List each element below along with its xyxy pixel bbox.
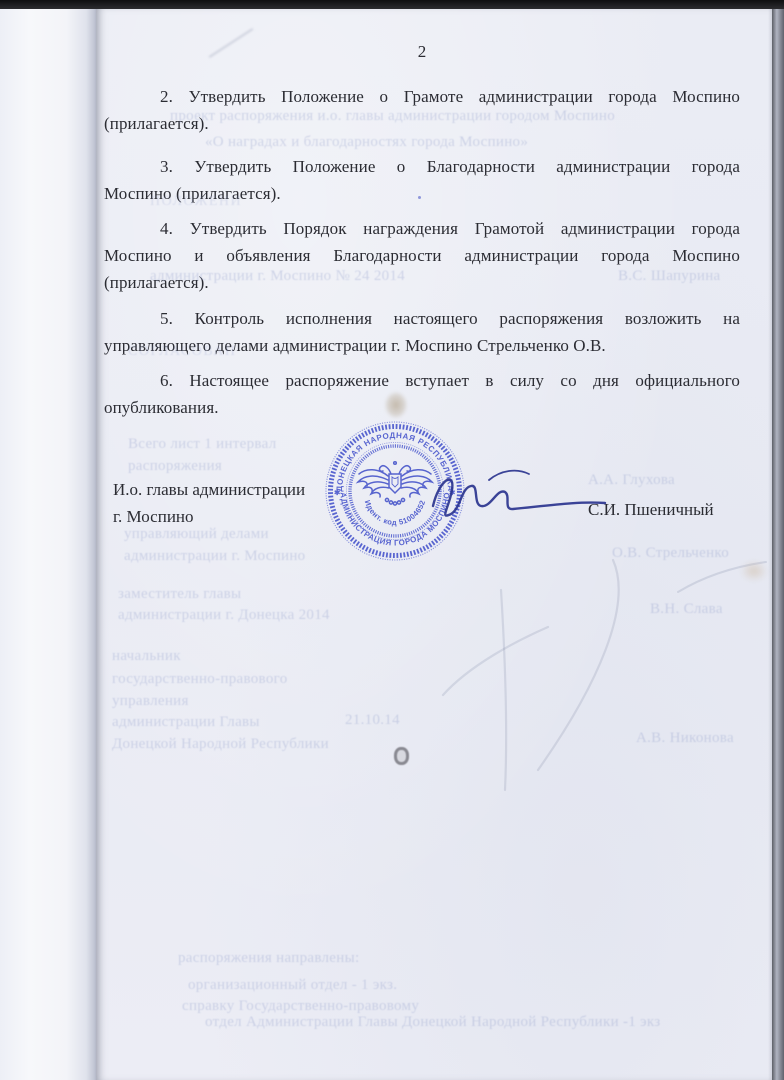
- bleed-line: начальник: [112, 648, 181, 665]
- bleed-line: 21.10.14: [345, 712, 400, 729]
- bleed-line: заместитель главы: [118, 586, 241, 603]
- bleed-line: В.С. Шапурина: [618, 268, 721, 285]
- paper-stain: [740, 560, 768, 582]
- signoff-position-line1: И.о. главы администрации: [113, 476, 305, 503]
- bleed-line: администрации г. Донецка 2014: [118, 607, 330, 624]
- bleed-line: Донецкой Народной Республики: [112, 736, 329, 753]
- bleed-line: А.В. Никонова: [636, 730, 734, 747]
- bleed-line: организационный отдел - 1 экз.: [188, 977, 397, 994]
- page-number: 2: [104, 42, 740, 62]
- bleed-line: государственно-правового: [112, 671, 288, 688]
- bleed-line: распоряжения: [128, 458, 222, 475]
- bleed-line: О.В. Стрельченко: [612, 545, 729, 562]
- bleed-line: Всего лист 1 интервал: [128, 436, 277, 453]
- text-line: Моспино и объявления Благодарности админ…: [104, 242, 740, 269]
- bleed-line: ПОЛОЖЕНИ: [150, 194, 242, 210]
- bleed-line: распоряжения направлены:: [178, 950, 359, 967]
- stamp-star-left: ✱: [334, 488, 341, 497]
- scanner-background-strip: [0, 0, 784, 9]
- bleed-line: СОГЛАСОВАН: [128, 344, 237, 360]
- bleed-line: справку Государственно-правовому: [182, 998, 419, 1015]
- bleed-line: управляющий делами: [124, 526, 269, 543]
- paper-stain: [385, 392, 407, 418]
- ink-blot: [394, 747, 409, 765]
- bleed-line: администрации г. Моспино № 24 2014: [150, 268, 405, 285]
- pencil-impression-marks: [388, 545, 638, 800]
- bleed-line: отдел Администрации Главы Донецкой Народ…: [205, 1014, 660, 1031]
- signoff-position: И.о. главы администрации г. Моспино: [113, 476, 305, 530]
- bleed-line: В.Н. Слава: [650, 601, 723, 618]
- text-line: 4. Утвердить Порядок награждения Грамото…: [104, 215, 740, 242]
- bleed-line: проект распоряжения и.о. главы администр…: [170, 108, 615, 125]
- text-line: 3. Утвердить Положение о Благодарности а…: [104, 153, 740, 180]
- bleed-line: администрации г. Моспино: [124, 548, 306, 565]
- bleed-line: «О наградах и благодарностях города Мосп…: [205, 134, 528, 151]
- ink-speck: [418, 196, 421, 199]
- page-right-edge-shadow: [768, 9, 784, 1080]
- text-line: 6. Настоящее распоряжение вступает в сил…: [104, 367, 740, 394]
- bleed-line: управления: [112, 693, 189, 710]
- bleed-line: администрации Главы: [112, 714, 260, 731]
- bleed-line: А.А. Глухова: [588, 472, 675, 489]
- text-line: 5. Контроль исполнения настоящего распор…: [104, 305, 740, 332]
- under-page-edge: [0, 9, 98, 1080]
- text-line: 2. Утвердить Положение о Грамоте админис…: [104, 83, 740, 110]
